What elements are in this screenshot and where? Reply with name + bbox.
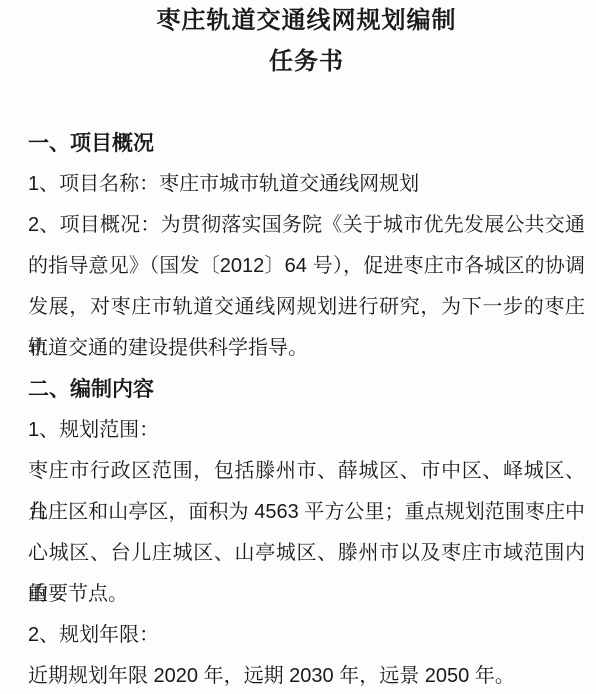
title-body-spacer	[28, 82, 585, 123]
section2-item2-text: 近期规划年限 2020 年，远期 2030 年，远景 2050 年。	[28, 656, 585, 694]
document-title-line2: 任务书	[28, 41, 585, 82]
section2-item1-line: 心城区、台儿庄城区、山亭城区、滕州市以及枣庄市域范围内的	[28, 533, 585, 574]
section1-item2-line: 的指导意见》（国发〔2012〕64 号），促进枣庄市各城区的协调	[28, 246, 585, 287]
section2-heading: 二、编制内容	[28, 369, 585, 410]
document-page: 枣庄轨道交通线网规划编制 任务书 一、项目概况 1、项目名称：枣庄市城市轨道交通…	[0, 0, 596, 694]
section1-item1-project-name: 1、项目名称：枣庄市城市轨道交通线网规划	[28, 164, 585, 205]
section2-item2-label: 2、规划年限：	[28, 615, 585, 656]
document-title-line1: 枣庄轨道交通线网规划编制	[28, 0, 585, 41]
section2-item1-line: 重要节点。	[28, 574, 585, 615]
section2-item1-line: 儿庄区和山亭区，面积为 4563 平方公里；重点规划范围枣庄中	[28, 492, 585, 533]
section1-item2-line: 轨道交通的建设提供科学指导。	[28, 328, 585, 369]
section2-item1-label: 1、规划范围：	[28, 410, 585, 451]
section2-item1-line: 枣庄市行政区范围，包括滕州市、薛城区、市中区、峄城区、台	[28, 451, 585, 492]
section1-heading: 一、项目概况	[28, 123, 585, 164]
section1-item2-line: 发展，对枣庄市轨道交通线网规划进行研究，为下一步的枣庄市	[28, 287, 585, 328]
section1-item2-line: 2、项目概况：为贯彻落实国务院《关于城市优先发展公共交通	[28, 205, 585, 246]
